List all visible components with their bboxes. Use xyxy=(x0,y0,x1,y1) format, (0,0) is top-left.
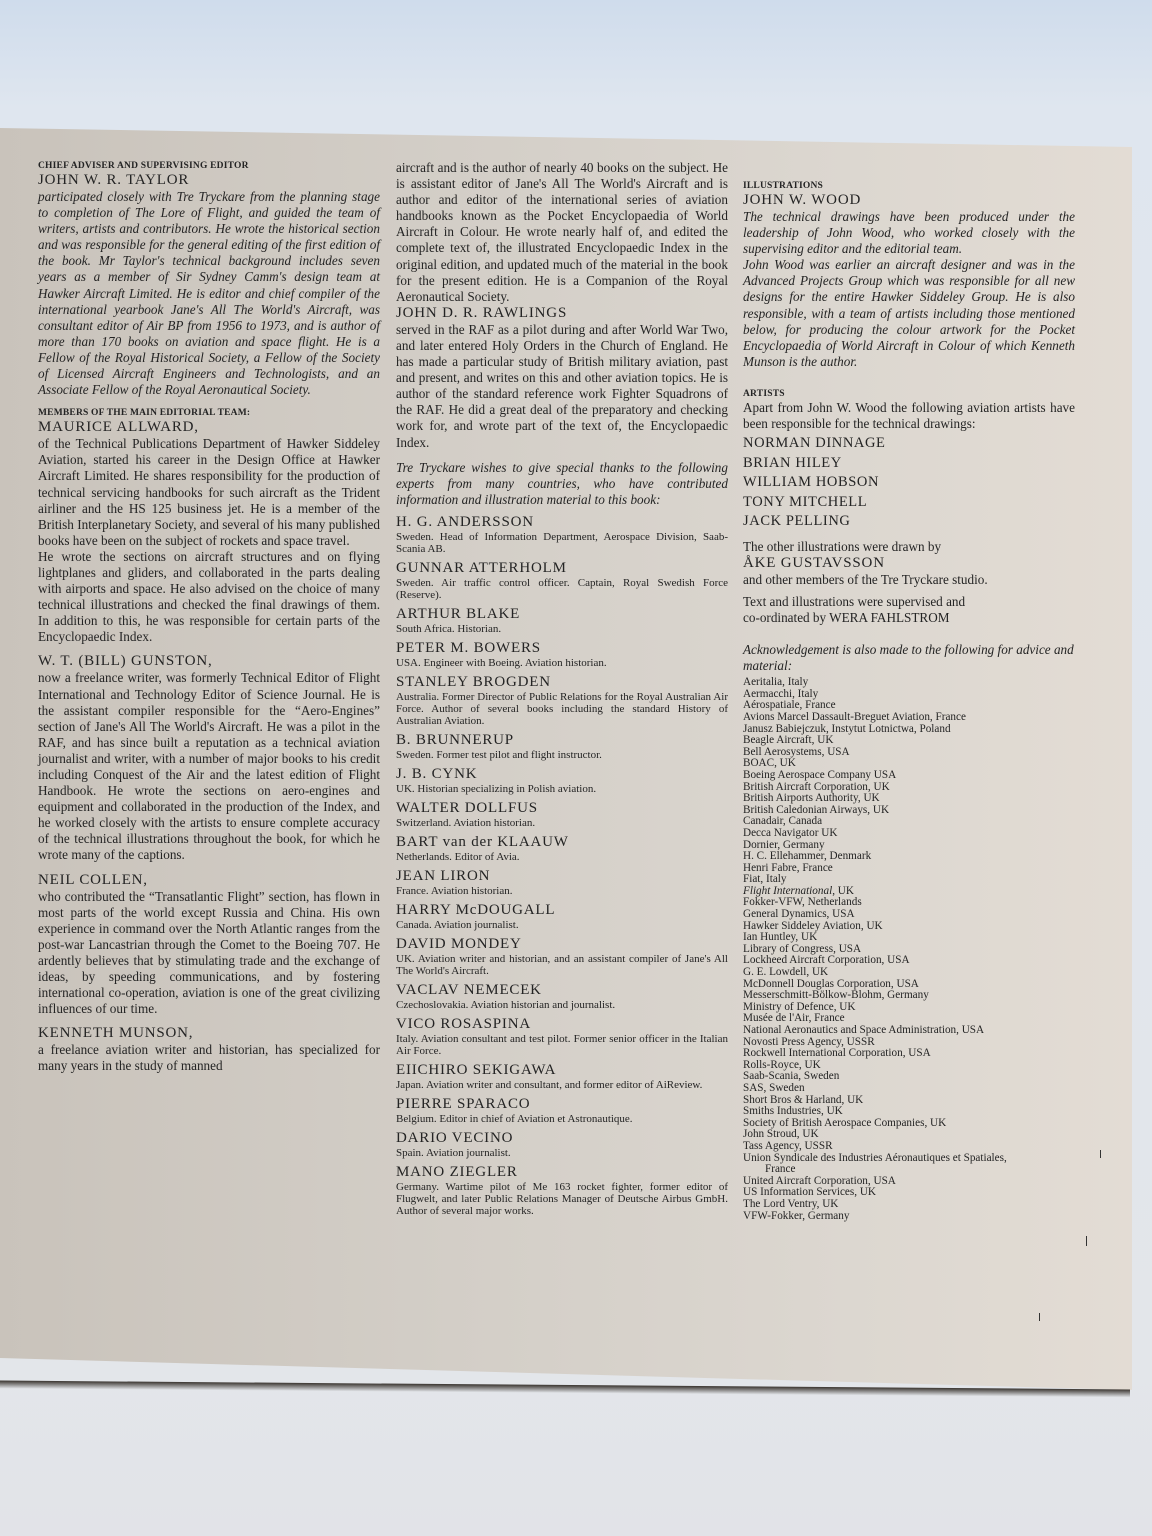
expert-entry: B. BRUNNERUPSweden. Former test pilot an… xyxy=(396,732,728,761)
print-speck xyxy=(1100,1150,1101,1158)
expert-description: South Africa. Historian. xyxy=(396,623,728,635)
acknowledgement-item: British Airports Authority, UK xyxy=(743,793,1075,805)
acknowledgement-item: Boeing Aerospace Company USA xyxy=(743,770,1075,782)
expert-name: PETER M. BOWERS xyxy=(396,640,728,657)
person-bio: a freelance aviation writer and historia… xyxy=(38,1042,380,1074)
expert-entry: PETER M. BOWERSUSA. Engineer with Boeing… xyxy=(396,640,728,669)
print-speck xyxy=(1086,1236,1087,1246)
expert-description: Sweden. Former test pilot and flight ins… xyxy=(396,749,728,761)
expert-entry: VACLAV NEMECEKCzechoslovakia. Aviation h… xyxy=(396,982,728,1011)
expert-name: BART van der KLAAUW xyxy=(396,834,728,851)
expert-entry: PIERRE SPARACOBelgium. Editor in chief o… xyxy=(396,1096,728,1125)
print-speck xyxy=(1039,1313,1040,1321)
acknowledgement-item: General Dynamics, USA xyxy=(743,909,1075,921)
supervised-line-2: co-ordinated by WERA FAHLSTROM xyxy=(743,610,1075,626)
acknowledgement-item: Henri Fabre, France xyxy=(743,863,1075,875)
editorial-member: W. T. (BILL) GUNSTON,now a freelance wri… xyxy=(38,653,380,863)
expert-entry: STANLEY BROGDENAustralia. Former Directo… xyxy=(396,674,728,727)
thanks-intro: Tre Tryckare wishes to give special than… xyxy=(396,460,728,508)
expert-description: Canada. Aviation journalist. xyxy=(396,919,728,931)
expert-description: UK. Aviation writer and historian, and a… xyxy=(396,953,728,977)
expert-entry: HARRY McDOUGALLCanada. Aviation journali… xyxy=(396,902,728,931)
expert-entry: BART van der KLAAUWNetherlands. Editor o… xyxy=(396,834,728,863)
acknowledgement-item: G. E. Lowdell, UK xyxy=(743,967,1075,979)
expert-entry: VICO ROSASPINAItaly. Aviation consultant… xyxy=(396,1016,728,1057)
person-bio-continued: aircraft and is the author of nearly 40 … xyxy=(396,160,728,305)
person-bio: participated closely with Tre Tryckare f… xyxy=(38,189,380,398)
expert-description: Italy. Aviation consultant and test pilo… xyxy=(396,1033,728,1057)
expert-name: MANO ZIEGLER xyxy=(396,1164,728,1181)
column-editorial-team: CHIEF ADVISER AND SUPERVISING EDITOR JOH… xyxy=(38,160,380,1078)
section-label-chief-adviser: CHIEF ADVISER AND SUPERVISING EDITOR xyxy=(38,160,380,172)
section-label-artists: ARTISTS xyxy=(743,388,1075,400)
expert-description: UK. Historian specializing in Polish avi… xyxy=(396,783,728,795)
acknowledgement-intro: Acknowledgement is also made to the foll… xyxy=(743,642,1075,674)
person-name: JOHN W. WOOD xyxy=(743,192,1075,209)
person-name: ÅKE GUSTAVSSON xyxy=(743,555,1075,572)
expert-entry: ARTHUR BLAKESouth Africa. Historian. xyxy=(396,606,728,635)
expert-name: B. BRUNNERUP xyxy=(396,732,728,749)
expert-entry: MANO ZIEGLERGermany. Wartime pilot of Me… xyxy=(396,1164,728,1217)
artists-intro: Apart from John W. Wood the following av… xyxy=(743,400,1075,432)
acknowledgement-item: Avions Marcel Dassault-Breguet Aviation,… xyxy=(743,712,1075,724)
artist-name: WILLIAM HOBSON xyxy=(743,473,1075,493)
person-bio: who contributed the “Transatlantic Fligh… xyxy=(38,889,380,1018)
person-name: KENNETH MUNSON, xyxy=(38,1025,380,1042)
acknowledgement-item: National Aeronautics and Space Administr… xyxy=(743,1025,1075,1037)
acknowledgement-item: Beagle Aircraft, UK xyxy=(743,735,1075,747)
expert-name: JEAN LIRON xyxy=(396,868,728,885)
expert-name: HARRY McDOUGALL xyxy=(396,902,728,919)
person-bio: served in the RAF as a pilot during and … xyxy=(396,322,728,451)
illustrations-text-2: John Wood was earlier an aircraft design… xyxy=(743,257,1075,370)
acknowledgement-item: France xyxy=(743,1164,1075,1176)
acknowledgement-item: Tass Agency, USSR xyxy=(743,1141,1075,1153)
expert-description: Sweden. Head of Information Department, … xyxy=(396,531,728,555)
expert-name: EIICHIRO SEKIGAWA xyxy=(396,1062,728,1079)
expert-entry: JEAN LIRONFrance. Aviation historian. xyxy=(396,868,728,897)
artist-name: BRIAN HILEY xyxy=(743,454,1075,474)
person-bio: of the Technical Publications Department… xyxy=(38,436,380,549)
expert-entry: J. B. CYNKUK. Historian specializing in … xyxy=(396,766,728,795)
expert-description: Japan. Aviation writer and consultant, a… xyxy=(396,1079,728,1091)
artist-name: TONY MITCHELL xyxy=(743,493,1075,513)
expert-description: Belgium. Editor in chief of Aviation et … xyxy=(396,1113,728,1125)
section-label-editorial-team: MEMBERS OF THE MAIN EDITORIAL TEAM: xyxy=(38,407,380,419)
acknowledgement-item: VFW-Fokker, Germany xyxy=(743,1211,1075,1223)
expert-entry: GUNNAR ATTERHOLMSweden. Air traffic cont… xyxy=(396,560,728,601)
person-bio-2: He wrote the sections on aircraft struct… xyxy=(38,549,380,646)
editorial-member: MAURICE ALLWARD,of the Technical Publica… xyxy=(38,419,380,645)
expert-name: H. G. ANDERSSON xyxy=(396,514,728,531)
expert-description: Germany. Wartime pilot of Me 163 rocket … xyxy=(396,1181,728,1217)
supervised-line: Text and illustrations were supervised a… xyxy=(743,594,1075,610)
person-name: JOHN D. R. RAWLINGS xyxy=(396,305,728,322)
expert-name: VACLAV NEMECEK xyxy=(396,982,728,999)
expert-name: STANLEY BROGDEN xyxy=(396,674,728,691)
expert-name: PIERRE SPARACO xyxy=(396,1096,728,1113)
expert-description: USA. Engineer with Boeing. Aviation hist… xyxy=(396,657,728,669)
expert-name: DAVID MONDEY xyxy=(396,936,728,953)
expert-description: Spain. Aviation journalist. xyxy=(396,1147,728,1159)
person-name: MAURICE ALLWARD, xyxy=(38,419,380,436)
expert-description: France. Aviation historian. xyxy=(396,885,728,897)
expert-description: Switzerland. Aviation historian. xyxy=(396,817,728,829)
editorial-member: KENNETH MUNSON,a freelance aviation writ… xyxy=(38,1025,380,1074)
person-bio: now a freelance writer, was formerly Tec… xyxy=(38,670,380,863)
column-experts: aircraft and is the author of nearly 40 … xyxy=(396,160,728,1222)
acknowledgement-item: Smiths Industries, UK xyxy=(743,1106,1075,1118)
expert-description: Netherlands. Editor of Avia. xyxy=(396,851,728,863)
expert-name: J. B. CYNK xyxy=(396,766,728,783)
expert-name: VICO ROSASPINA xyxy=(396,1016,728,1033)
illustrations-text: The technical drawings have been produce… xyxy=(743,209,1075,257)
other-illustrations-line-2: and other members of the Tre Tryckare st… xyxy=(743,572,1075,588)
acknowledgement-item: SAS, Sweden xyxy=(743,1083,1075,1095)
expert-description: Sweden. Air traffic control officer. Cap… xyxy=(396,577,728,601)
person-name: JOHN W. R. TAYLOR xyxy=(38,172,380,189)
acknowledgement-item: Decca Navigator UK xyxy=(743,828,1075,840)
expert-entry: DAVID MONDEYUK. Aviation writer and hist… xyxy=(396,936,728,977)
expert-entry: DARIO VECINOSpain. Aviation journalist. xyxy=(396,1130,728,1159)
other-illustrations-line: The other illustrations were drawn by xyxy=(743,539,1075,555)
expert-name: ARTHUR BLAKE xyxy=(396,606,728,623)
expert-name: WALTER DOLLFUS xyxy=(396,800,728,817)
expert-entry: EIICHIRO SEKIGAWAJapan. Aviation writer … xyxy=(396,1062,728,1091)
acknowledgement-list: Aeritalia, ItalyAermacchi, ItalyAérospat… xyxy=(743,677,1075,1222)
person-name: NEIL COLLEN, xyxy=(38,872,380,889)
acknowledgement-item: The Lord Ventry, UK xyxy=(743,1199,1075,1211)
expert-description: Australia. Former Director of Public Rel… xyxy=(396,691,728,727)
publication-title: Flight International xyxy=(743,885,832,897)
artist-name: NORMAN DINNAGE xyxy=(743,434,1075,454)
editorial-member: NEIL COLLEN,who contributed the “Transat… xyxy=(38,872,380,1018)
column-illustrations: ILLUSTRATIONS JOHN W. WOOD The technical… xyxy=(743,180,1075,1222)
artist-name: JACK PELLING xyxy=(743,512,1075,532)
acknowledgement-item: H. C. Ellehammer, Denmark xyxy=(743,851,1075,863)
expert-name: DARIO VECINO xyxy=(396,1130,728,1147)
section-label-illustrations: ILLUSTRATIONS xyxy=(743,180,1075,192)
expert-entry: WALTER DOLLFUSSwitzerland. Aviation hist… xyxy=(396,800,728,829)
expert-name: GUNNAR ATTERHOLM xyxy=(396,560,728,577)
person-name: W. T. (BILL) GUNSTON, xyxy=(38,653,380,670)
expert-description: Czechoslovakia. Aviation historian and j… xyxy=(396,999,728,1011)
expert-entry: H. G. ANDERSSONSweden. Head of Informati… xyxy=(396,514,728,555)
